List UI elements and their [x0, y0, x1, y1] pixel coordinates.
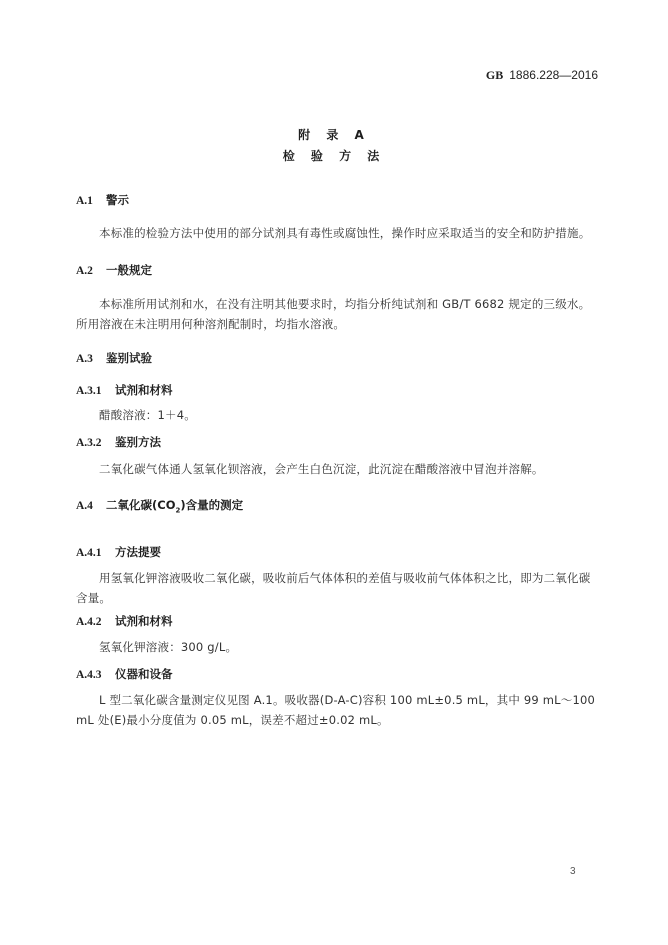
section-body-a3-2: 二氧化碳气体通人氢氧化钡溶液，会产生白色沉淀，此沉淀在醋酸溶液中冒泡并溶解。	[76, 459, 596, 479]
section-title: 一般规定	[106, 263, 152, 277]
section-title: 鉴别试验	[106, 351, 152, 365]
section-number: A.4	[76, 500, 106, 512]
section-number: A.1	[76, 195, 106, 207]
section-heading-a4-3: A.4.3仪器和设备	[76, 666, 173, 682]
page-number: 3	[570, 866, 576, 877]
section-title: 试剂和材料	[115, 614, 173, 628]
standard-code: GB1886.228—2016	[486, 68, 598, 83]
section-body-a1: 本标准的检验方法中使用的部分试剂具有毒性或腐蚀性，操作时应采取适当的安全和防护措…	[76, 223, 596, 243]
section-title: 方法提要	[115, 545, 161, 559]
section-number: A.3	[76, 353, 106, 365]
appendix-subtitle: 检 验 方 法	[0, 147, 668, 164]
standard-prefix: GB	[486, 68, 503, 82]
section-number: A.4.2	[76, 616, 115, 628]
section-heading-a4-2: A.4.2试剂和材料	[76, 613, 173, 629]
title-text: 二氧化碳(CO	[106, 498, 175, 512]
section-number: A.2	[76, 265, 106, 277]
standard-number: 1886.228—2016	[509, 68, 598, 82]
section-heading-a4-1: A.4.1方法提要	[76, 544, 161, 560]
section-body-a4-1: 用氢氧化钾溶液吸收二氧化碳，吸收前后气体体积的差值与吸收前气体体积之比，即为二氧…	[76, 568, 596, 608]
section-number: A.3.2	[76, 437, 115, 449]
title-text: )含量的测定	[180, 498, 243, 512]
section-title: 仪器和设备	[115, 667, 173, 681]
section-heading-a1: A.1警示	[76, 192, 129, 208]
section-body-a4-3: L 型二氧化碳含量测定仪见图 A.1。吸收器(D-A-C)容积 100 mL±0…	[76, 690, 596, 730]
section-heading-a3: A.3鉴别试验	[76, 350, 152, 366]
section-number: A.3.1	[76, 385, 115, 397]
section-heading-a3-2: A.3.2鉴别方法	[76, 434, 161, 450]
section-body-a4-2: 氢氧化钾溶液：300 g/L。	[76, 637, 596, 657]
section-title: 警示	[106, 193, 129, 207]
section-title: 二氧化碳(CO2)含量的测定	[106, 498, 243, 512]
section-body-a3-1: 醋酸溶液：1＋4。	[76, 405, 596, 425]
section-number: A.4.1	[76, 547, 115, 559]
section-heading-a4: A.4二氧化碳(CO2)含量的测定	[76, 497, 243, 514]
section-heading-a2: A.2一般规定	[76, 262, 152, 278]
section-title: 鉴别方法	[115, 435, 161, 449]
section-number: A.4.3	[76, 669, 115, 681]
section-heading-a3-1: A.3.1试剂和材料	[76, 382, 173, 398]
appendix-title: 附 录 A	[0, 126, 668, 143]
section-body-a2: 本标准所用试剂和水，在没有注明其他要求时，均指分析纯试剂和 GB/T 6682 …	[76, 294, 596, 334]
section-title: 试剂和材料	[115, 383, 173, 397]
